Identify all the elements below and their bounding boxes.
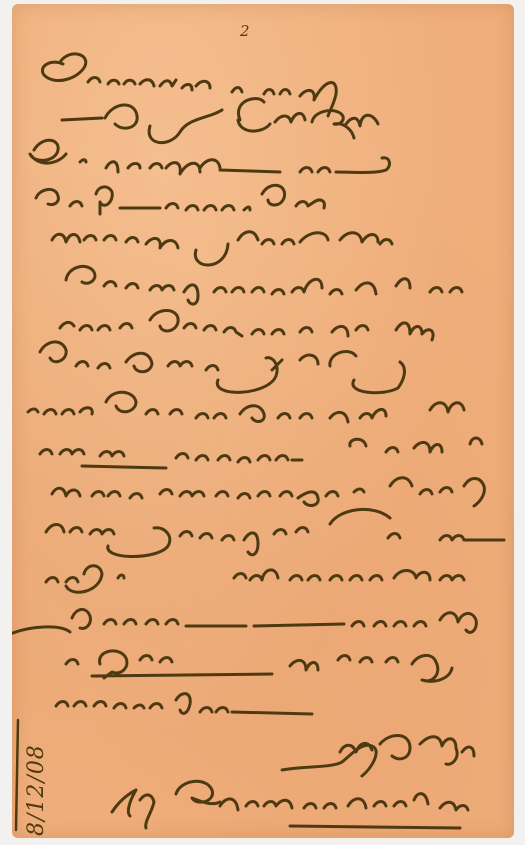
handwriting-strokes [12,4,514,838]
letter-page: 2 8/12/08 [handwritten Tamil line 1] [ha… [12,4,514,838]
